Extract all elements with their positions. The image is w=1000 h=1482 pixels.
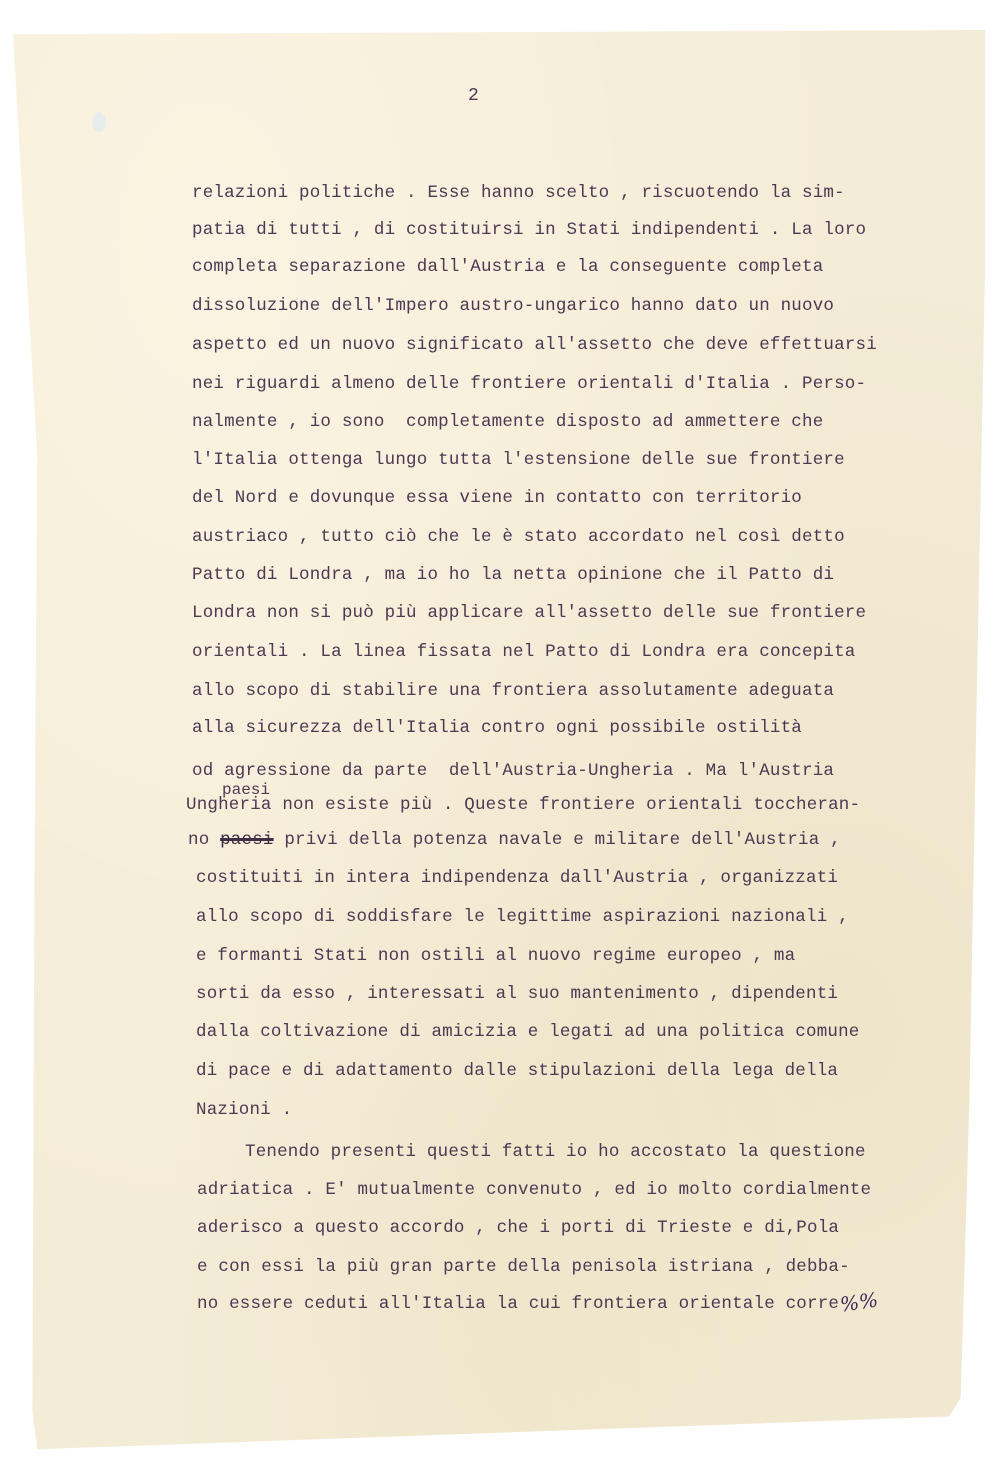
text-line: e con essi la più gran parte della penis… — [197, 1257, 850, 1277]
text-line: Patto di Londra , ma io ho la netta opin… — [192, 565, 834, 585]
correction-suffix: privi della potenza navale e militare de… — [274, 830, 841, 850]
struck-word: paesi — [220, 830, 274, 850]
text-line: del Nord e dovunque essa viene in contat… — [192, 488, 802, 508]
text-line: austriaco , tutto ciò che le è stato acc… — [192, 527, 845, 547]
text-line: relazioni politiche . Esse hanno scelto … — [192, 183, 845, 203]
text-line: Ungheria non esiste più . Queste frontie… — [186, 795, 860, 815]
text-line-corrected: no paesi privi della potenza navale e mi… — [188, 830, 841, 850]
text-line: l'Italia ottenga lungo tutta l'estension… — [192, 450, 845, 470]
text-line: nei riguardi almeno delle frontiere orie… — [192, 374, 866, 394]
text-line: no essere ceduti all'Italia la cui front… — [197, 1294, 839, 1314]
handwritten-mark: %% — [839, 1287, 880, 1316]
text-line: allo scopo di stabilire una frontiera as… — [192, 681, 834, 701]
page-number: 2 — [468, 86, 479, 106]
correction-insert: paesi — [222, 781, 270, 799]
text-line: dalla coltivazione di amicizia e legati … — [196, 1022, 860, 1042]
text-line: di pace e di adattamento dalle stipulazi… — [196, 1061, 838, 1081]
text-line: Nazioni . — [196, 1100, 292, 1120]
text-line: completa separazione dall'Austria e la c… — [192, 257, 823, 277]
text-line: aspetto ed un nuovo significato all'asse… — [192, 335, 877, 355]
text-line: aderisco a questo accordo , che i porti … — [197, 1218, 839, 1238]
text-line: costituiti in intera indipendenza dall'A… — [196, 868, 838, 888]
paragraph-first-line: Tenendo presenti questi fatti io ho acco… — [245, 1142, 866, 1162]
typewritten-document: 2 relazioni politiche . Esse hanno scelt… — [0, 0, 1000, 1482]
text-line: alla sicurezza dell'Italia contro ogni p… — [192, 718, 802, 738]
text-line: nalmente , io sono completamente dispost… — [192, 412, 823, 432]
text-line: orientali . La linea fissata nel Patto d… — [192, 642, 856, 662]
correction-prefix: no — [188, 830, 220, 850]
text-line: sorti da esso , interessati al suo mante… — [196, 984, 838, 1004]
text-line: od agressione da parte dell'Austria-Ungh… — [192, 761, 834, 781]
text-line: Londra non si può più applicare all'asse… — [192, 603, 866, 623]
text-line: adriatica . E' mutualmente convenuto , e… — [197, 1180, 871, 1200]
text-line: patia di tutti , di costituirsi in Stati… — [192, 220, 866, 240]
text-line: dissoluzione dell'Impero austro-ungarico… — [192, 296, 834, 316]
text-line: e formanti Stati non ostili al nuovo reg… — [196, 946, 795, 966]
text-line: allo scopo di soddisfare le legittime as… — [196, 907, 849, 927]
